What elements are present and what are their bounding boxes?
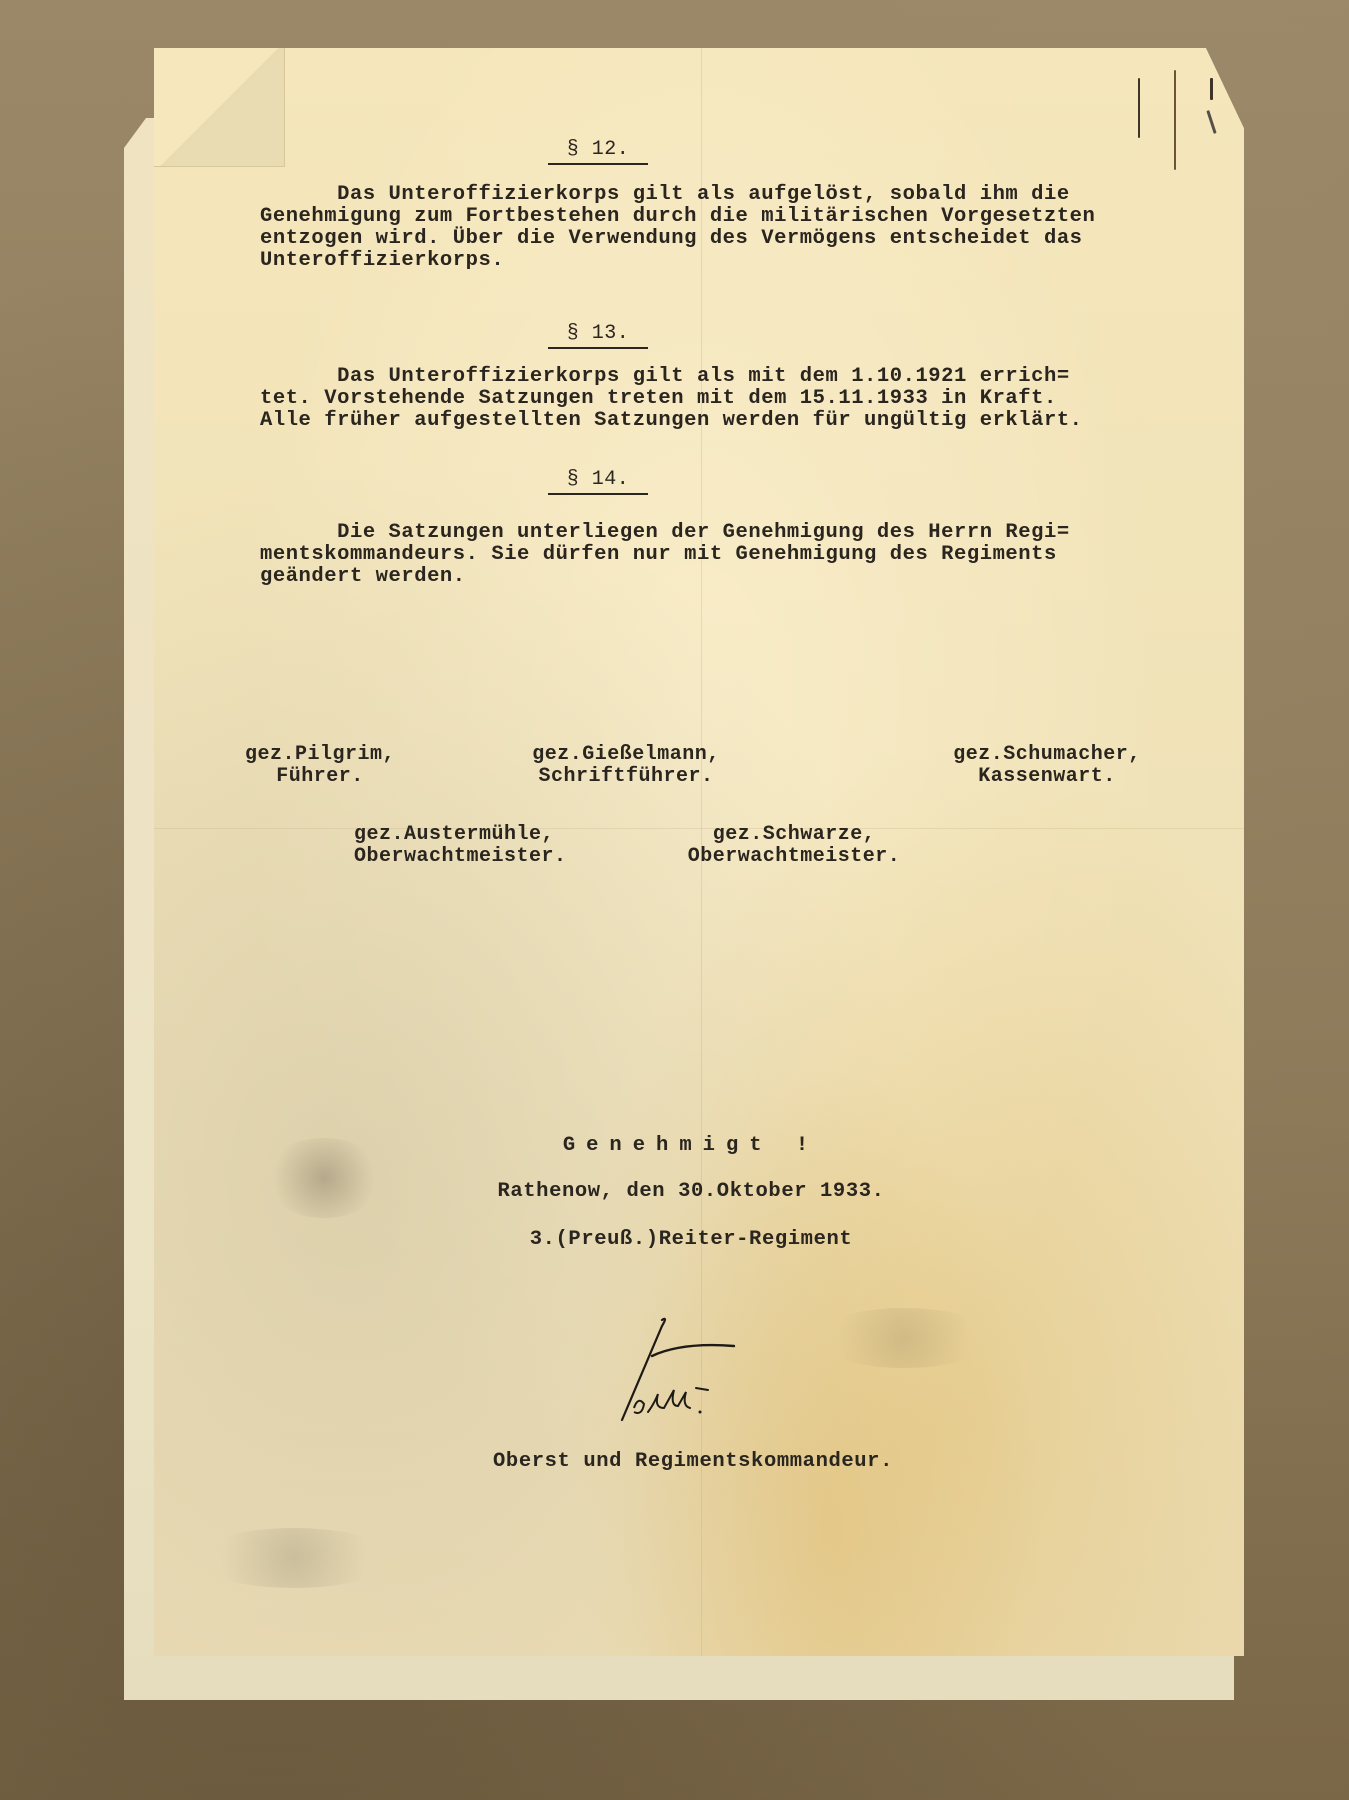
section-13-text: Das Unteroffizierkorps gilt als mit dem … [260,366,1180,432]
text-line: Unteroffizierkorps. [260,250,1180,272]
handwritten-signature [582,1308,782,1428]
ink-smudge [194,1528,394,1588]
section-14-heading: § 14. [548,468,648,495]
signatory-role: Oberwachtmeister. [674,846,914,868]
signatory-name: gez.Gießelmann, [516,744,736,766]
text-line: geändert werden. [260,566,1180,588]
text-line: Genehmigung zum Fortbestehen durch die m… [260,206,1180,228]
signatory-name: gez.Schumacher, [932,744,1162,766]
ink-smudge [814,1308,994,1368]
signatory-schwarze: gez.Schwarze, Oberwachtmeister. [674,824,914,868]
signatory-name: gez.Austermühle, [354,824,594,846]
signatory-role: Führer. [230,766,410,788]
text-line: tet. Vorstehende Satzungen treten mit de… [260,388,1180,410]
signatory-pilgrim: gez.Pilgrim, Führer. [230,744,410,788]
text-line: Alle früher aufgestellten Satzungen werd… [260,410,1180,432]
signatory-role: Oberwachtmeister. [354,846,594,868]
text-line: mentskommandeurs. Sie dürfen nur mit Gen… [260,544,1180,566]
text-line: Das Unteroffizierkorps gilt als aufgelös… [260,184,1180,206]
folded-corner [154,48,285,167]
approval-unit: 3.(Preuß.)Reiter-Regiment [146,1228,1236,1251]
approval-title: Oberst und Regimentskommandeur. [148,1450,1238,1473]
signatory-schumacher: gez.Schumacher, Kassenwart. [932,744,1162,788]
document-page: § 12. Das Unteroffizierkorps gilt als au… [154,48,1244,1656]
signatory-austermuehle: gez.Austermühle, Oberwachtmeister. [354,824,594,868]
section-14-text: Die Satzungen unterliegen der Genehmigun… [260,522,1180,588]
margin-mark [1174,70,1176,170]
signatory-giesselmann: gez.Gießelmann, Schriftführer. [516,744,736,788]
margin-mark [1206,110,1216,134]
section-13-heading: § 13. [548,322,648,349]
signatory-name: gez.Pilgrim, [230,744,410,766]
ink-smudge [264,1138,384,1218]
margin-mark [1138,78,1140,138]
margin-mark [1210,78,1213,100]
signatory-role: Schriftführer. [516,766,736,788]
signatory-name: gez.Schwarze, [674,824,914,846]
signatory-role: Kassenwart. [932,766,1162,788]
text-line: entzogen wird. Über die Verwendung des V… [260,228,1180,250]
text-line: Die Satzungen unterliegen der Genehmigun… [260,522,1180,544]
text-line: Das Unteroffizierkorps gilt als mit dem … [260,366,1180,388]
section-12-text: Das Unteroffizierkorps gilt als aufgelös… [260,184,1180,272]
section-12-heading: § 12. [548,138,648,165]
